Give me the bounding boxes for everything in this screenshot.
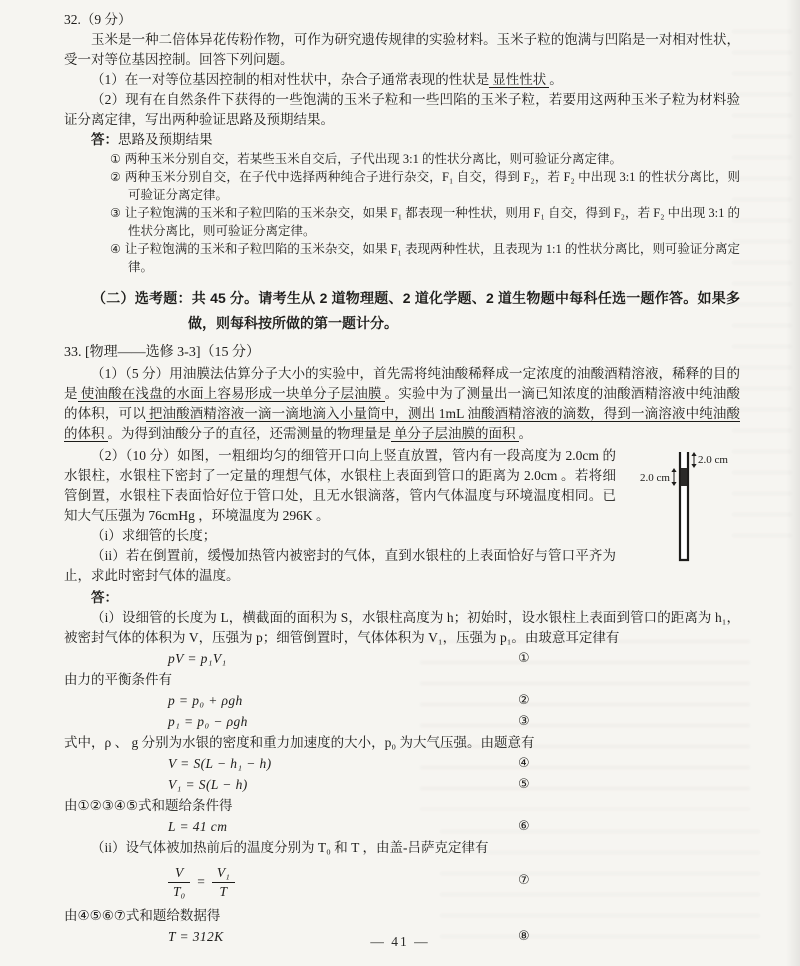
fraction-right-numerator: V₁ — [212, 864, 235, 883]
q32-answer-item-2: ②两种玉米分别自交，在子代中选择两种纯合子进行杂交，F₁ 自交，得到 F₂，若 … — [64, 168, 740, 204]
item-1-text: 两种玉米分别自交，若某些玉米自交后，子代出现 3:1 的性状分离比，则可验证分离… — [125, 152, 622, 166]
gap-height-label: 2.0 cm — [698, 454, 728, 466]
circled-number-1: ① — [110, 152, 125, 166]
fraction-left: VT₀ — [168, 864, 190, 901]
circled-number-2: ② — [110, 170, 125, 184]
item-3-text: 让子粒饱满的玉米和子粒凹陷的玉米杂交，如果 F₁ 都表现一种性状，则用 F₁ 自… — [125, 206, 740, 238]
equation-6-number: ⑥ — [518, 817, 530, 837]
mercury-arrowhead-top — [671, 468, 676, 472]
equation-5-row: V₁ = S(L − h) ⑤ — [64, 775, 740, 795]
equation-2-row: p = p₀ + ρgh ② — [64, 691, 740, 711]
equation-7-number: ⑦ — [518, 873, 530, 888]
scan-edge-shade — [786, 0, 800, 966]
equation-1-row: pV = p₁V₁ ① — [64, 649, 740, 669]
equation-4: V = S(L − h₁ − h) — [168, 756, 272, 771]
exam-answer-page: 32.（9 分） 玉米是一种二倍体异花传粉作物，可作为研究遗传规律的实验材料。玉… — [0, 0, 800, 966]
equation-3-number: ③ — [518, 712, 530, 732]
combine-equations-prose-2: 由④⑤⑥⑦式和题给数据得 — [64, 906, 740, 926]
q32-answer-item-4: ④让子粒饱满的玉米和子粒凹陷的玉米杂交，如果 F₁ 表现两种性状，且表现为 1:… — [64, 240, 740, 276]
q32-part2: （2）现有在自然条件下获得的一些饱满的玉米子粒和一些凹陷的玉米子粒，若要用这两种… — [64, 90, 740, 130]
circled-number-3: ③ — [110, 206, 125, 220]
question-32-heading: 32.（9 分） — [64, 10, 740, 30]
page-number: — 41 — — [0, 934, 800, 950]
q33-part2: 2.0 cm 2.0 cm （2）（10 分）如图，一粗细均匀的细管开口向上竖直… — [64, 446, 740, 586]
circled-number-4: ④ — [110, 242, 125, 256]
q32-answer-items: ①两种玉米分别自交，若某些玉米自交后，子代出现 3:1 的性状分离比，则可验证分… — [64, 150, 740, 276]
equation-4-row: V = S(L − h₁ − h) ④ — [64, 754, 740, 774]
equation-2: p = p₀ + ρgh — [168, 693, 243, 708]
q32-answer-label: 答： — [91, 132, 118, 147]
fraction-left-numerator: V — [168, 864, 190, 883]
equation-6-row: L = 41 cm ⑥ — [64, 817, 740, 837]
symbols-definition-prose: 式中，ρ 、 g 分别为水银的密度和重力加速度的大小，p₀ 为大气压强。由题意有 — [64, 733, 740, 753]
equation-4-number: ④ — [518, 754, 530, 774]
q32-part1-period: 。 — [549, 72, 563, 87]
equation-1: pV = p₁V₁ — [168, 651, 227, 666]
equation-6: L = 41 cm — [168, 819, 227, 834]
equals-sign: = — [197, 874, 205, 890]
item-2-text: 两种玉米分别自交，在子代中选择两种纯合子进行杂交，F₁ 自交，得到 F₂，若 F… — [125, 170, 740, 202]
q32-part1: （1）在一对等位基因控制的相对性状中，杂合子通常表现的性状是显性性状。 — [64, 70, 740, 90]
item-4-text: 让子粒饱满的玉米和子粒凹陷的玉米杂交，如果 F₁ 表现两种性状，且表现为 1:1… — [125, 242, 740, 274]
combine-equations-prose-1: 由①②③④⑤式和题给条件得 — [64, 796, 740, 816]
question-33-heading: 33. [物理——选修 3-3]（15 分） — [64, 342, 740, 363]
equation-3: p₁ = p₀ − ρgh — [168, 714, 248, 729]
section-2-instructions: （二）选考题：共 45 分。请考生从 2 道物理题、2 道化学题、2 道生物题中… — [92, 286, 740, 336]
q33-part1-answer-blank-3: 单分子层油膜的面积 — [391, 426, 519, 442]
mercury-column — [681, 468, 687, 486]
equation-2-number: ② — [518, 691, 530, 711]
force-balance-prose: 由力的平衡条件有 — [64, 670, 740, 690]
q32-part1-text: （1）在一对等位基因控制的相对性状中，杂合子通常表现的性状是 — [91, 72, 489, 87]
tube-figure: 2.0 cm 2.0 cm — [624, 446, 740, 568]
q32-answer-item-3: ③让子粒饱满的玉米和子粒凹陷的玉米杂交，如果 F₁ 都表现一种性状，则用 F₁ … — [64, 204, 740, 240]
q33-answer-i-intro: （i）设细管的长度为 L，横截面的面积为 S，水银柱高度为 h；初始时，设水银柱… — [64, 608, 740, 648]
fraction-right: V₁T — [212, 864, 235, 901]
q33-part1-seg4: 。 — [519, 426, 533, 441]
q32-answer-title: 思路及预期结果 — [118, 132, 213, 147]
equation-7-row: VT₀ = V₁T ⑦ — [64, 861, 740, 903]
equation-3-row: p₁ = p₀ − ρgh ③ — [64, 712, 740, 732]
mercury-height-label: 2.0 cm — [640, 472, 670, 484]
q33-part1-answer-blank-1: 使油酸在浅盘的水面上容易形成一块单分子层油膜 — [78, 386, 385, 402]
fraction-left-denominator: T₀ — [168, 883, 190, 901]
gap-arrowhead-bottom — [691, 464, 696, 468]
fraction-right-denominator: T — [212, 883, 235, 901]
q32-intro: 玉米是一种二倍体异花传粉作物，可作为研究遗传规律的实验材料。玉米子粒的饱满与凹陷… — [64, 30, 740, 70]
q32-part1-answer-blank: 显性性状 — [489, 72, 549, 88]
equation-5-number: ⑤ — [518, 775, 530, 795]
page-content: 32.（9 分） 玉米是一种二倍体异花传粉作物，可作为研究遗传规律的实验材料。玉… — [64, 10, 740, 948]
q33-answer-label: 答： — [64, 588, 740, 608]
q33-part1: （1）（5 分）用油膜法估算分子大小的实验中，首先需将纯油酸稀释成一定浓度的油酸… — [64, 364, 740, 444]
q32-answer-item-1: ①两种玉米分别自交，若某些玉米自交后，子代出现 3:1 的性状分离比，则可验证分… — [64, 150, 740, 168]
q32-answer-heading: 答：思路及预期结果 — [64, 130, 740, 150]
scan-bleed-artifact — [732, 30, 792, 550]
gap-arrowhead-top — [691, 452, 696, 456]
q33-part1-seg3: 。为得到油酸分子的直径，还需测量的物理量是 — [108, 426, 392, 441]
q33-answer-ii-intro: （ii）设气体被加热前后的温度分别为 T₀ 和 T ，由盖-吕萨克定律有 — [64, 838, 740, 858]
tube-figure-drawing: 2.0 cm 2.0 cm — [624, 446, 740, 568]
mercury-arrowhead-bottom — [671, 482, 676, 486]
equation-1-number: ① — [518, 649, 530, 669]
equation-5: V₁ = S(L − h) — [168, 777, 248, 792]
